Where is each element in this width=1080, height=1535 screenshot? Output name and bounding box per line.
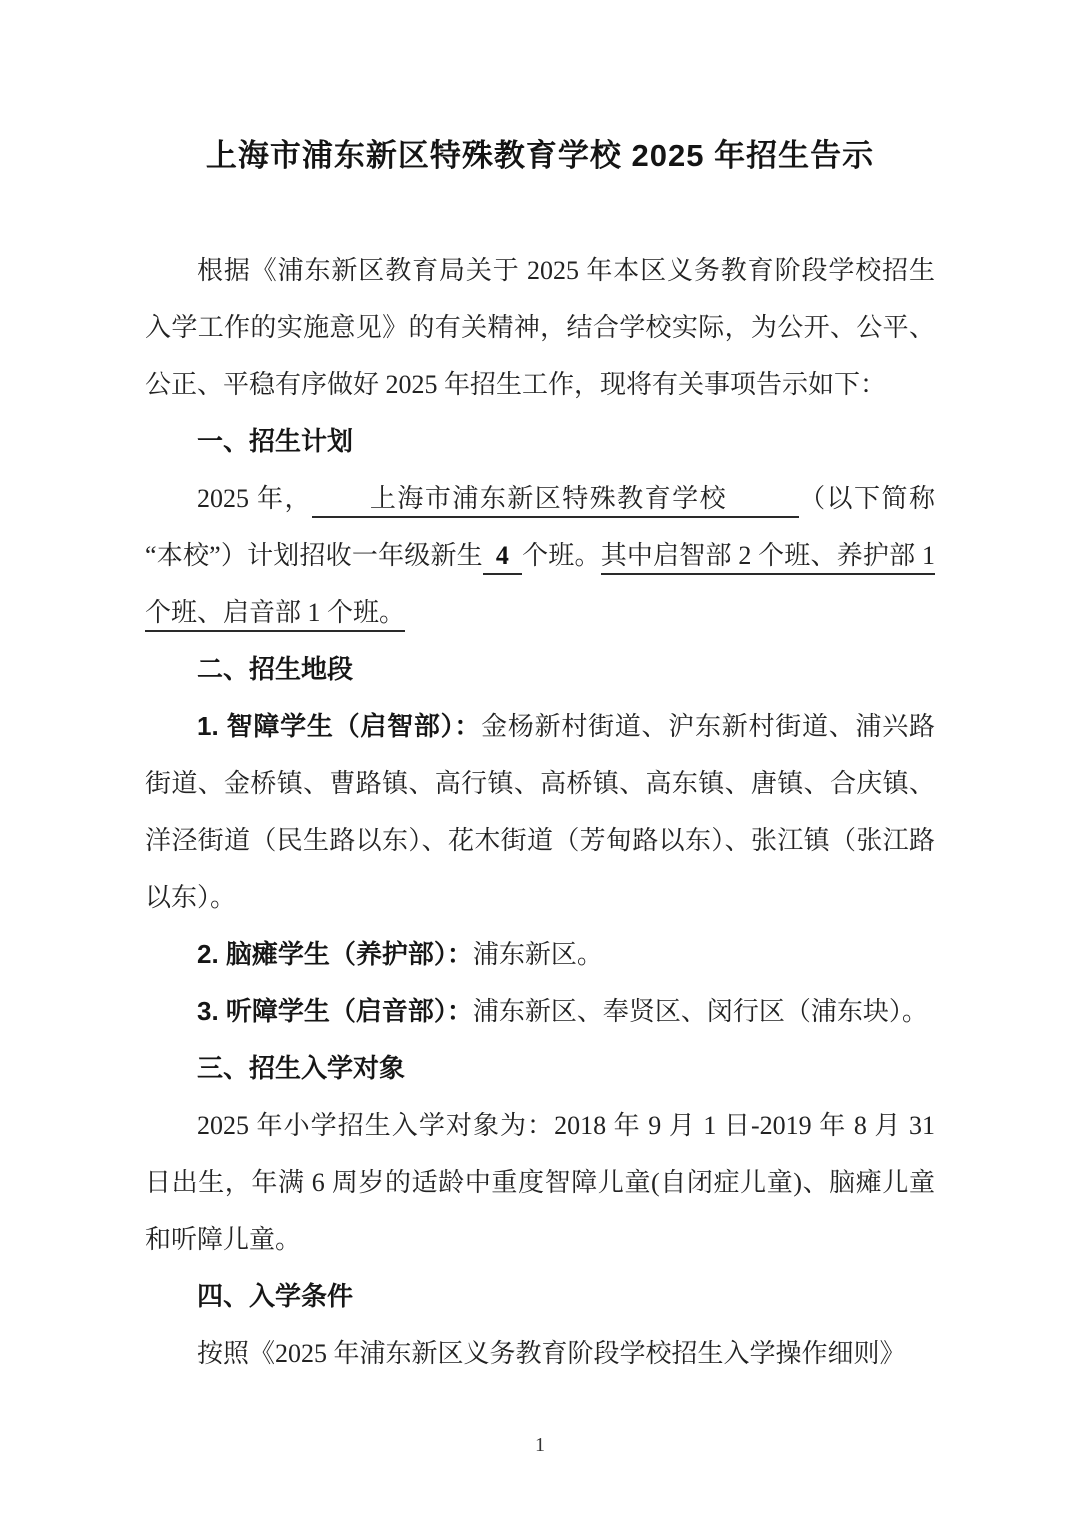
section-4-heading: 四、入学条件: [145, 1268, 935, 1325]
district-item-3-label: 3. 听障学生（启音部）：: [197, 996, 473, 1026]
section-1-heading-text: 一、招生计划: [197, 426, 353, 456]
district-item-2-text: 浦东新区。: [473, 940, 603, 969]
class-count-blank: 4: [483, 541, 522, 575]
section-2-heading: 二、招生地段: [145, 641, 935, 698]
district-item-3-text: 浦东新区、奉贤区、闵行区（浦东块）。: [473, 997, 928, 1026]
section-4-heading-text: 四、入学条件: [197, 1281, 353, 1311]
section-4-paragraph: 按照《2025 年浦东新区义务教育阶段学校招生入学操作细则》: [145, 1325, 935, 1382]
document-title: 上海市浦东新区特殊教育学校 2025 年招生告示: [145, 136, 935, 176]
section-1-lead: 2025 年，: [197, 484, 312, 513]
section-1-heading: 一、招生计划: [145, 413, 935, 470]
section-1-paragraph: 2025 年，上海市浦东新区特殊教育学校（以下简称“本校”）计划招收一年级新生4…: [145, 470, 935, 641]
document-page: 上海市浦东新区特殊教育学校 2025 年招生告示 根据《浦东新区教育局关于 20…: [0, 0, 1080, 1535]
section-3-paragraph: 2025 年小学招生入学对象为：2018 年 9 月 1 日-2019 年 8 …: [145, 1097, 935, 1268]
district-item-1-text: 金杨新村街道、沪东新村街道、浦兴路街道、金桥镇、曹路镇、高行镇、高桥镇、高东镇、…: [145, 712, 935, 912]
document-body: 根据《浦东新区教育局关于 2025 年本区义务教育阶段学校招生入学工作的实施意见…: [145, 242, 935, 1382]
intro-paragraph: 根据《浦东新区教育局关于 2025 年本区义务教育阶段学校招生入学工作的实施意见…: [145, 242, 935, 413]
district-item-1: 1. 智障学生（启智部）：金杨新村街道、沪东新村街道、浦兴路街道、金桥镇、曹路镇…: [145, 698, 935, 926]
district-item-2-label: 2. 脑瘫学生（养护部）：: [197, 939, 473, 969]
section-3-heading: 三、招生入学对象: [145, 1040, 935, 1097]
school-name: 上海市浦东新区特殊教育学校: [370, 484, 727, 513]
page-number: 1: [0, 1434, 1080, 1457]
section-1-after-count: 个班。: [522, 541, 601, 570]
section-3-heading-text: 三、招生入学对象: [197, 1053, 405, 1083]
district-item-3: 3. 听障学生（启音部）：浦东新区、奉贤区、闵行区（浦东块）。: [145, 983, 935, 1040]
school-name-blank: 上海市浦东新区特殊教育学校: [312, 484, 799, 518]
district-item-1-label: 1. 智障学生（启智部）：: [197, 711, 481, 741]
district-item-2: 2. 脑瘫学生（养护部）：浦东新区。: [145, 926, 935, 983]
section-2-heading-text: 二、招生地段: [197, 654, 353, 684]
